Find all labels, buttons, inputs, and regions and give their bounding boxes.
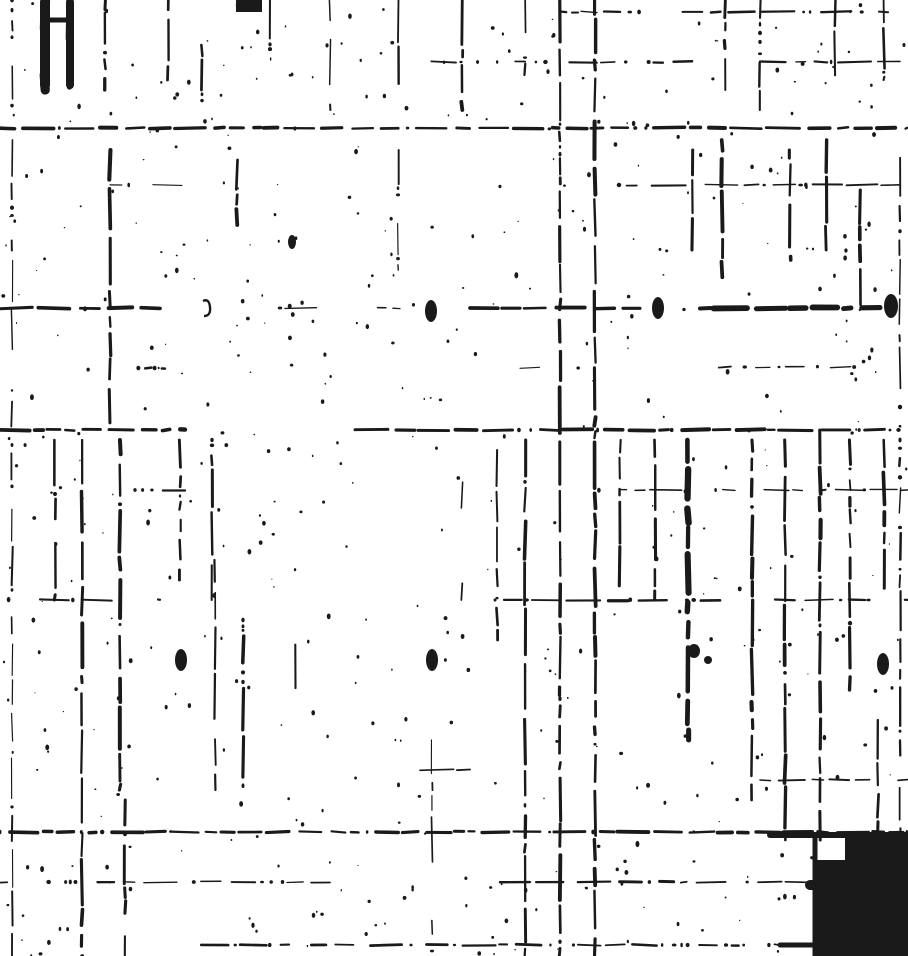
sparse-grid-drawing [0, 0, 908, 956]
grid-pattern-image [0, 0, 908, 956]
